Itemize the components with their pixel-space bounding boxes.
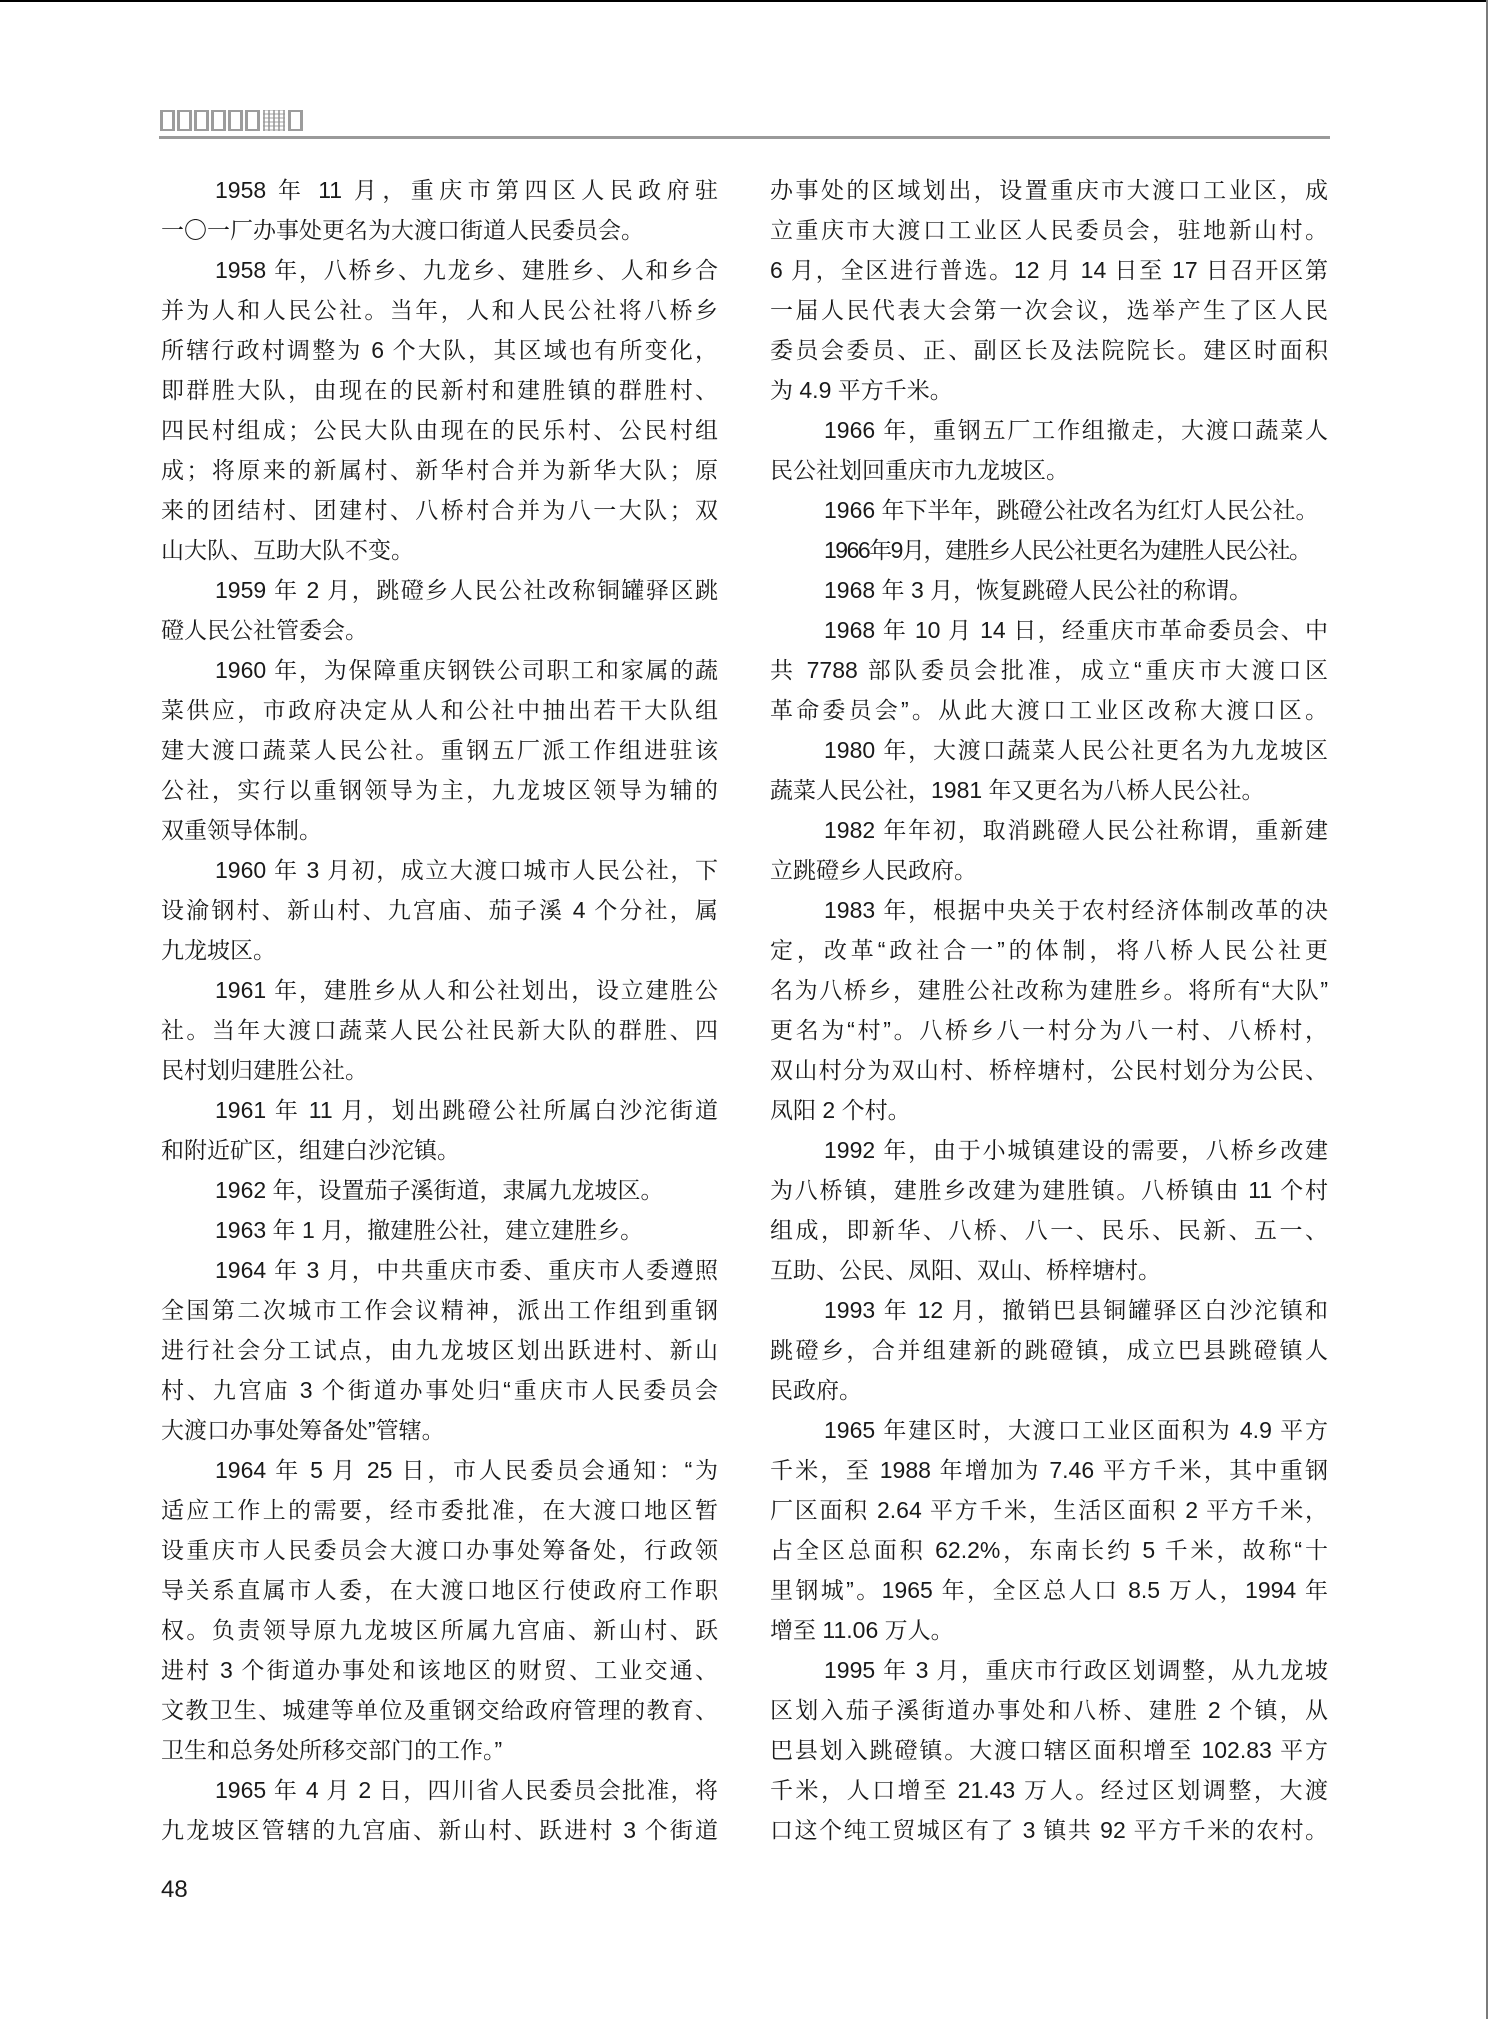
top-border <box>0 0 1488 2</box>
text-line: 名为八桥乡，建胜公社改称为建胜乡。将所有“大队” <box>770 970 1328 1010</box>
text-line: 并为人和人民公社。当年，人和人民公社将八桥乡 <box>161 290 718 330</box>
text-line: 蔬菜人民公社，1981 年又更名为八桥人民公社。 <box>770 770 1328 810</box>
header-rule <box>159 136 1330 139</box>
text-line: 四民村组成；公民大队由现在的民乐村、公民村组 <box>161 410 718 450</box>
text-line: 为八桥镇，建胜乡改建为建胜镇。八桥镇由 11 个村 <box>770 1170 1328 1210</box>
text-line: 1968 年 3 月，恢复跳磴人民公社的称谓。 <box>770 570 1328 610</box>
text-line: 1964 年 3 月，中共重庆市委、重庆市人委遵照 <box>161 1250 718 1290</box>
text-line: 设渝钢村、新山村、九宫庙、茄子溪 4 个分社，属 <box>161 890 718 930</box>
text-line: 千米，至 1988 年增加为 7.46 平方千米，其中重钢 <box>770 1450 1328 1490</box>
text-line: 1983 年，根据中央关于农村经济体制改革的决 <box>770 890 1328 930</box>
missing-glyph-box: □ <box>177 110 192 131</box>
missing-glyph-box: □ <box>211 110 226 131</box>
missing-glyph-box: □ <box>245 110 260 131</box>
text-line: 1960 年 3 月初，成立大渡口城市人民公社，下 <box>161 850 718 890</box>
text-line: 山大队、互助大队不变。 <box>161 530 718 570</box>
text-line: 文教卫生、城建等单位及重钢交给政府管理的教育、 <box>161 1690 718 1730</box>
text-line: 1966年9月，建胜乡人民公社更名为建胜人民公社。 <box>770 530 1328 570</box>
garbled-glyph-icon <box>263 110 285 131</box>
text-line: 1964 年 5 月 25 日，市人民委员会通知：“为 <box>161 1450 718 1490</box>
text-line: 1961 年，建胜乡从人和公社划出，设立建胜公 <box>161 970 718 1010</box>
text-line: 共 7788 部队委员会批准，成立“重庆市大渡口区 <box>770 650 1328 690</box>
text-line: 里钢城”。1965 年，全区总人口 8.5 万人，1994 年 <box>770 1570 1328 1610</box>
text-line: 公社，实行以重钢领导为主，九龙坡区领导为辅的 <box>161 770 718 810</box>
text-line: 定，改革“政社合一”的体制，将八桥人民公社更 <box>770 930 1328 970</box>
text-line: 革命委员会”。从此大渡口工业区改称大渡口区。 <box>770 690 1328 730</box>
text-line: 和附近矿区，组建白沙沱镇。 <box>161 1130 718 1170</box>
text-line: 巴县划入跳磴镇。大渡口辖区面积增至 102.83 平方 <box>770 1730 1328 1770</box>
text-line: 1966 年下半年，跳磴公社改名为红灯人民公社。 <box>770 490 1328 530</box>
text-line: 大渡口办事处筹备处”管辖。 <box>161 1410 718 1450</box>
text-line: 民政府。 <box>770 1370 1328 1410</box>
text-line: 1992 年，由于小城镇建设的需要，八桥乡改建 <box>770 1130 1328 1170</box>
text-line: 成；将原来的新属村、新华村合并为新华大队；原 <box>161 450 718 490</box>
text-line: 民村划归建胜公社。 <box>161 1050 718 1090</box>
text-line: 1958 年 11 月，重庆市第四区人民政府驻 <box>161 170 718 210</box>
text-line: 权。负责领导原九龙坡区所属九宫庙、新山村、跃 <box>161 1610 718 1650</box>
missing-glyph-box: □ <box>194 110 209 131</box>
missing-glyph-box: □ <box>160 110 175 131</box>
text-line: 卫生和总务处所移交部门的工作。” <box>161 1730 718 1770</box>
text-line: 进村 3 个街道办事处和该地区的财贸、工业交通、 <box>161 1650 718 1690</box>
text-line: 即群胜大队，由现在的民新村和建胜镇的群胜村、 <box>161 370 718 410</box>
text-line: 村、九宫庙 3 个街道办事处归“重庆市人民委员会 <box>161 1370 718 1410</box>
text-line: 1959 年 2 月，跳磴乡人民公社改称铜罐驿区跳 <box>161 570 718 610</box>
page-number: 48 <box>161 1872 188 1908</box>
text-line: 适应工作上的需要，经市委批准，在大渡口地区暂 <box>161 1490 718 1530</box>
text-line: 全国第二次城市工作会议精神，派出工作组到重钢 <box>161 1290 718 1330</box>
text-line: 社。当年大渡口蔬菜人民公社民新大队的群胜、四 <box>161 1010 718 1050</box>
text-line: 双重领导体制。 <box>161 810 718 850</box>
text-line: 办事处的区域划出，设置重庆市大渡口工业区，成 <box>770 170 1328 210</box>
text-line: 双山村分为双山村、桥梓塘村，公民村划分为公民、 <box>770 1050 1328 1090</box>
text-line: 1960 年，为保障重庆钢铁公司职工和家属的蔬 <box>161 650 718 690</box>
text-line: 占全区总面积 62.2%，东南长约 5 千米，故称“十 <box>770 1530 1328 1570</box>
text-line: 菜供应，市政府决定从人和公社中抽出若干大队组 <box>161 690 718 730</box>
text-line: 委员会委员、正、副区长及法院院长。建区时面积 <box>770 330 1328 370</box>
text-line: 1980 年，大渡口蔬菜人民公社更名为九龙坡区 <box>770 730 1328 770</box>
text-line: 九龙坡区管辖的九宫庙、新山村、跃进村 3 个街道 <box>161 1810 718 1850</box>
text-line: 设重庆市人民委员会大渡口办事处筹备处，行政领 <box>161 1530 718 1570</box>
text-line: 一届人民代表大会第一次会议，选举产生了区人民 <box>770 290 1328 330</box>
text-line: 磴人民公社管委会。 <box>161 610 718 650</box>
text-line: 来的团结村、团建村、八桥村合并为八一大队；双 <box>161 490 718 530</box>
text-line: 口这个纯工贸城区有了 3 镇共 92 平方千米的农村。 <box>770 1810 1328 1850</box>
text-line: 进行社会分工试点，由九龙坡区划出跃进村、新山 <box>161 1330 718 1370</box>
text-line: 千米，人口增至 21.43 万人。经过区划调整，大渡 <box>770 1770 1328 1810</box>
text-line: 凤阳 2 个村。 <box>770 1090 1328 1130</box>
text-line: 为 4.9 平方千米。 <box>770 370 1328 410</box>
text-line: 1958 年，八桥乡、九龙乡、建胜乡、人和乡合 <box>161 250 718 290</box>
text-line: 一〇一厂办事处更名为大渡口街道人民委员会。 <box>161 210 718 250</box>
right-column: 办事处的区域划出，设置重庆市大渡口工业区，成 立重庆市大渡口工业区人民委员会，驻… <box>770 170 1328 1850</box>
text-line: 1966 年，重钢五厂工作组撤走，大渡口蔬菜人 <box>770 410 1328 450</box>
text-line: 1963 年 1 月，撤建胜公社，建立建胜乡。 <box>161 1210 718 1250</box>
text-line: 1968 年 10 月 14 日，经重庆市革命委员会、中 <box>770 610 1328 650</box>
text-line: 民公社划回重庆市九龙坡区。 <box>770 450 1328 490</box>
missing-glyph-box: □ <box>228 110 243 131</box>
text-line: 导关系直属市人委，在大渡口地区行使政府工作职 <box>161 1570 718 1610</box>
text-line: 1993 年 12 月，撤销巴县铜罐驿区白沙沱镇和 <box>770 1290 1328 1330</box>
text-line: 更名为“村”。八桥乡八一村分为八一村、八桥村， <box>770 1010 1328 1050</box>
text-line: 1995 年 3 月，重庆市行政区划调整，从九龙坡 <box>770 1650 1328 1690</box>
text-line: 互助、公民、凤阳、双山、桥梓塘村。 <box>770 1250 1328 1290</box>
text-line: 立跳磴乡人民政府。 <box>770 850 1328 890</box>
text-line: 1982 年年初，取消跳磴人民公社称谓，重新建 <box>770 810 1328 850</box>
text-line: 跳磴乡，合并组建新的跳磴镇，成立巴县跳磴镇人 <box>770 1330 1328 1370</box>
running-header: □ □ □ □ □ □ □ <box>160 110 305 131</box>
text-line: 1965 年 4 月 2 日，四川省人民委员会批准，将 <box>161 1770 718 1810</box>
missing-glyph-box: □ <box>288 110 303 131</box>
text-line: 厂区面积 2.64 平方千米，生活区面积 2 平方千米， <box>770 1490 1328 1530</box>
text-line: 1962 年，设置茄子溪街道，隶属九龙坡区。 <box>161 1170 718 1210</box>
text-line: 建大渡口蔬菜人民公社。重钢五厂派工作组进驻该 <box>161 730 718 770</box>
text-line: 1961 年 11 月，划出跳磴公社所属白沙沱街道 <box>161 1090 718 1130</box>
text-line: 区划入茄子溪街道办事处和八桥、建胜 2 个镇，从 <box>770 1690 1328 1730</box>
left-column: 1958 年 11 月，重庆市第四区人民政府驻 一〇一厂办事处更名为大渡口街道人… <box>161 170 718 1850</box>
text-line: 九龙坡区。 <box>161 930 718 970</box>
text-line: 1965 年建区时，大渡口工业区面积为 4.9 平方 <box>770 1410 1328 1450</box>
text-line: 6 月，全区进行普选。12 月 14 日至 17 日召开区第 <box>770 250 1328 290</box>
text-line: 立重庆市大渡口工业区人民委员会，驻地新山村。 <box>770 210 1328 250</box>
text-line: 组成，即新华、八桥、八一、民乐、民新、五一、 <box>770 1210 1328 1250</box>
text-line: 所辖行政村调整为 6 个大队，其区域也有所变化， <box>161 330 718 370</box>
text-line: 增至 11.06 万人。 <box>770 1610 1328 1650</box>
